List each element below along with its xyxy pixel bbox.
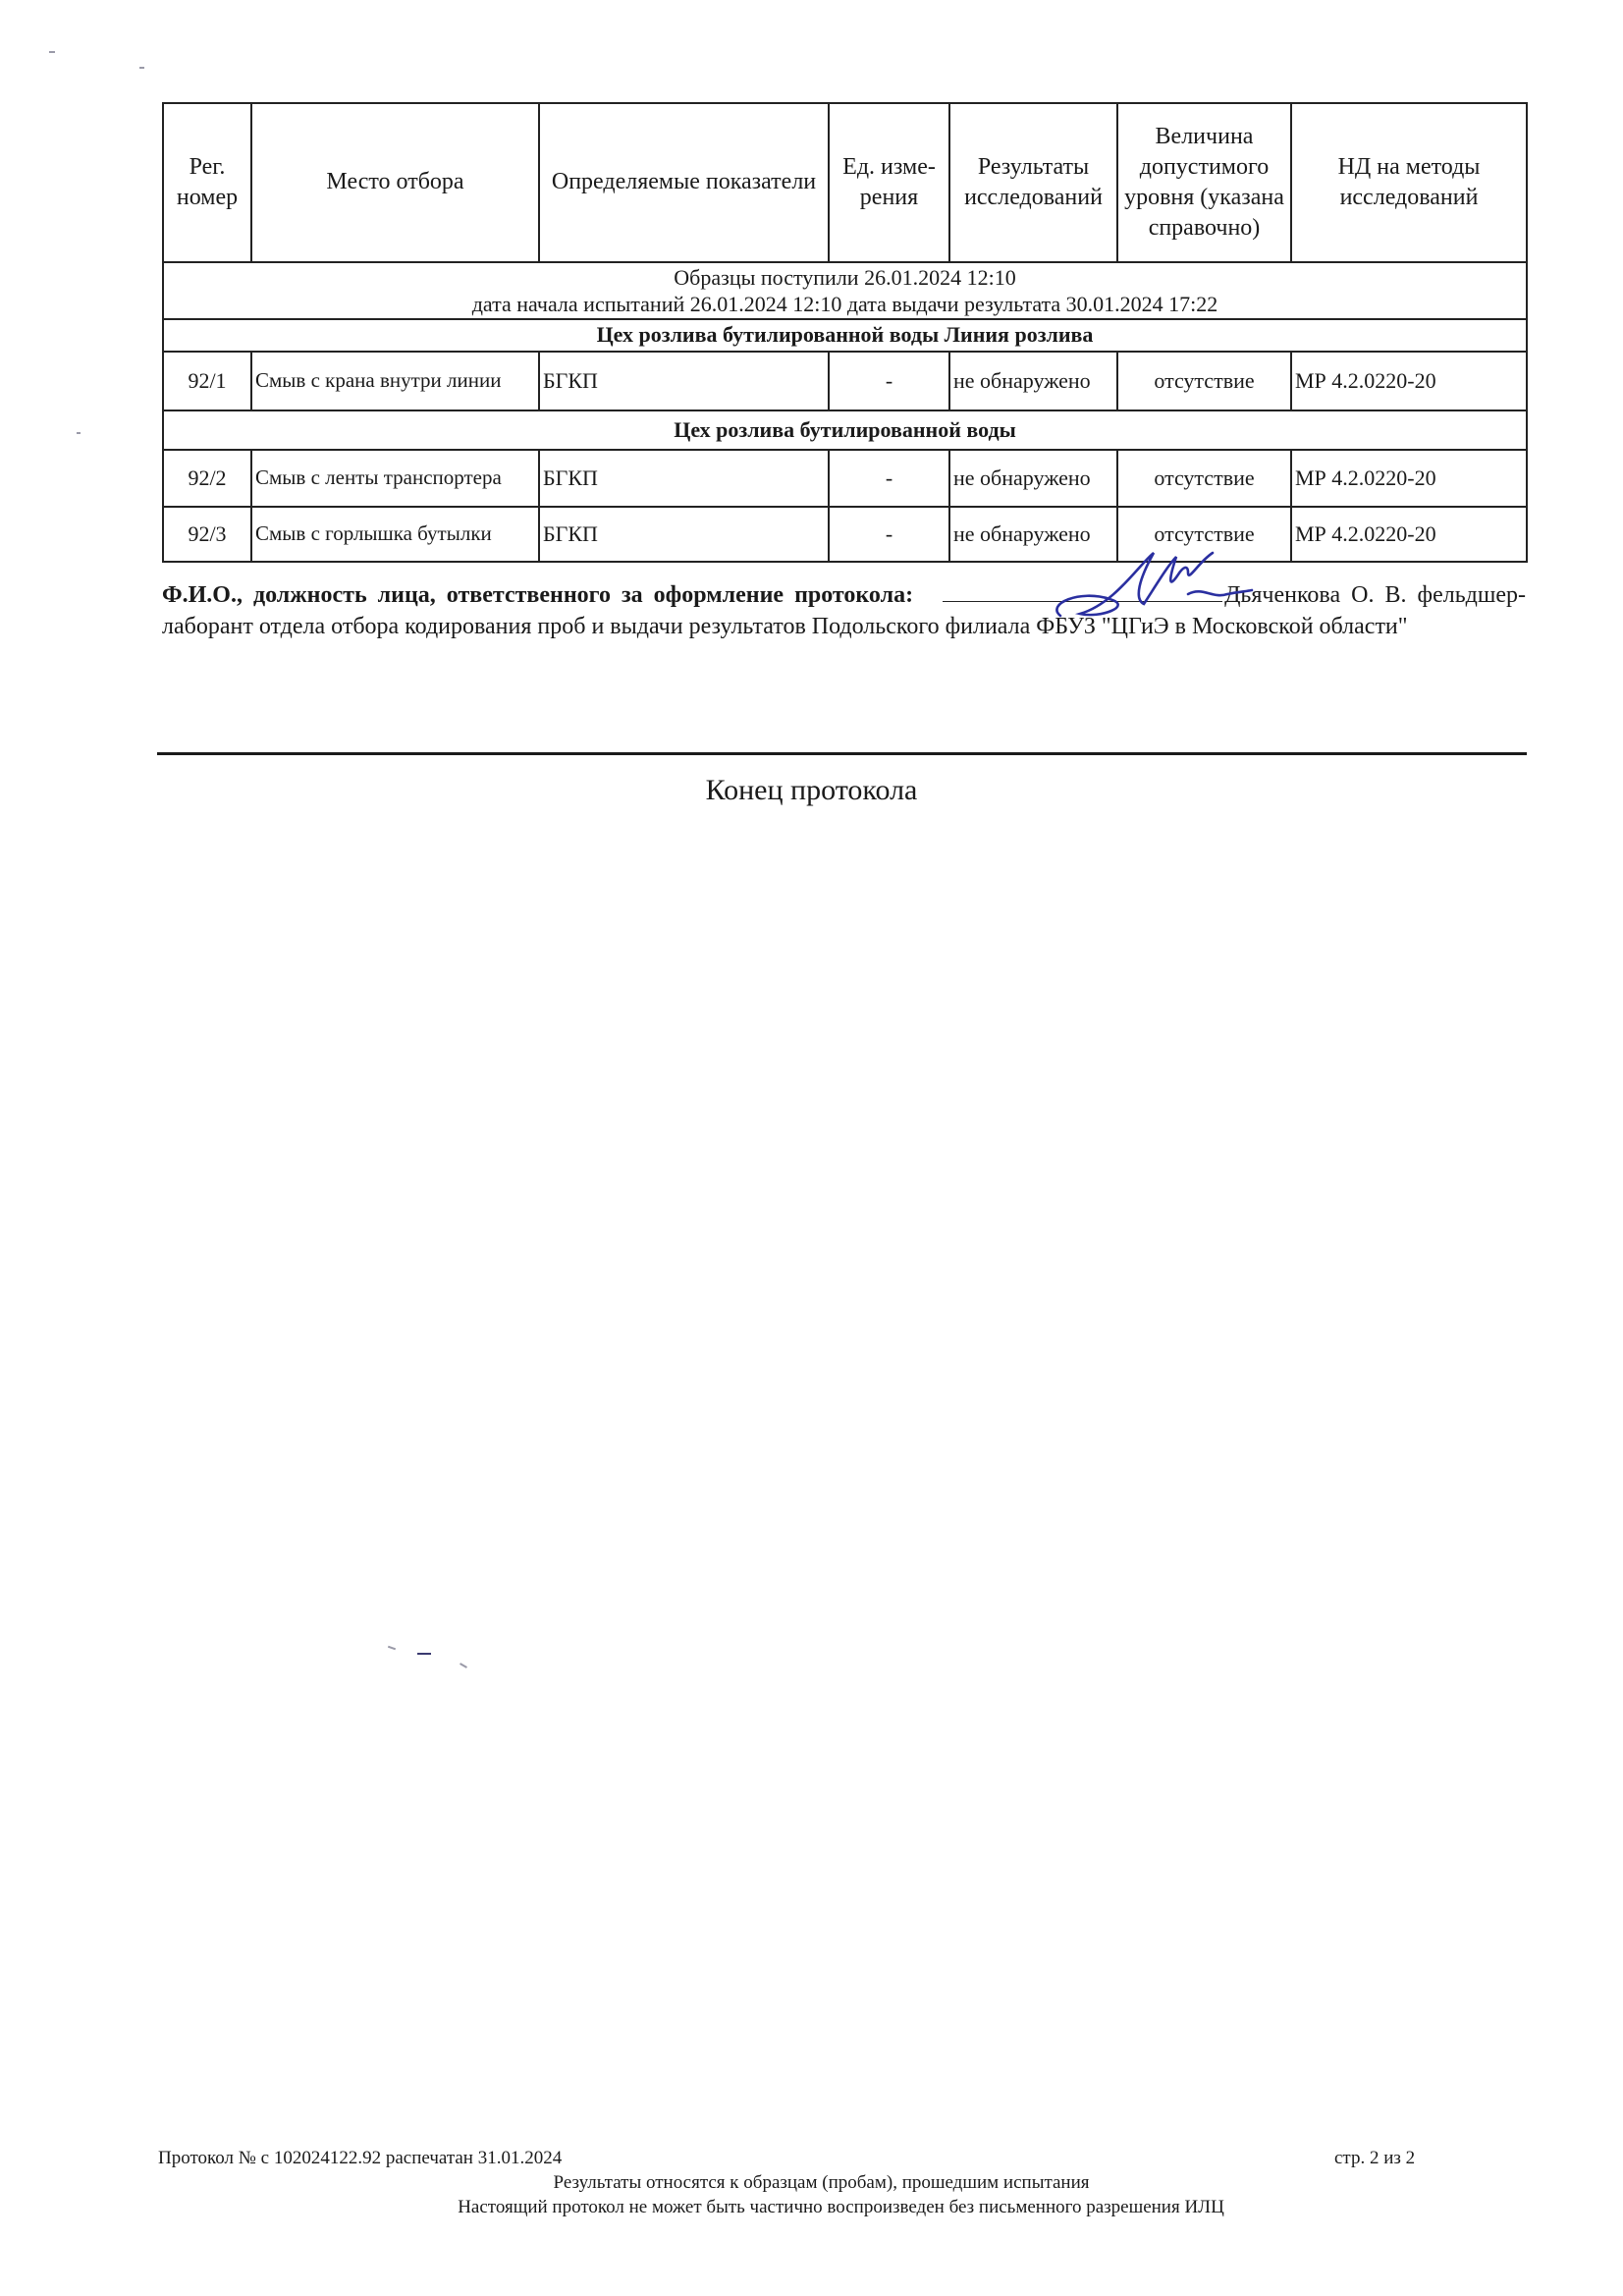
scan-speck (77, 432, 81, 434)
parameter: БГКП (539, 507, 829, 562)
method-doc: МР 4.2.0220-20 (1291, 450, 1527, 507)
responsible-person-block: Ф.И.О., должность лица, ответственного з… (162, 579, 1526, 643)
end-of-protocol: Конец протокола (0, 774, 1623, 807)
table-row: 92/3 Смыв с горлышка бутылки БГКП - не о… (163, 507, 1527, 562)
result: не обнаружено (949, 450, 1117, 507)
unit: - (829, 352, 949, 410)
parameter: БГКП (539, 450, 829, 507)
result: не обнаружено (949, 352, 1117, 410)
table-row: 92/2 Смыв с ленты транспортера БГКП - не… (163, 450, 1527, 507)
header-unit: Ед. изме-рения (829, 103, 949, 262)
sample-info-row: Образцы поступили 26.01.2024 12:10 дата … (163, 262, 1527, 319)
results-table: Рег. номер Место отбора Определяемые пок… (162, 102, 1528, 563)
method-doc: МР 4.2.0220-20 (1291, 352, 1527, 410)
reg-number: 92/1 (163, 352, 251, 410)
section-row: Цех розлива бутилированной воды Линия ро… (163, 319, 1527, 352)
samples-received: Образцы поступили 26.01.2024 12:10 (167, 264, 1523, 292)
header-parameters: Определяемые показатели (539, 103, 829, 262)
footer-page-number: стр. 2 из 2 (1334, 2148, 1415, 2169)
header-sampling-place: Место отбора (251, 103, 539, 262)
header-results: Результаты исследований (949, 103, 1117, 262)
header-method-doc: НД на методы исследований (1291, 103, 1527, 262)
responsible-label: Ф.И.О., должность лица, ответственного з… (162, 582, 913, 608)
parameter: БГКП (539, 352, 829, 410)
scan-speck (460, 1663, 467, 1668)
allowed-level: отсутствие (1117, 450, 1291, 507)
signature-icon (1041, 545, 1267, 624)
test-dates: дата начала испытаний 26.01.2024 12:10 д… (167, 291, 1523, 318)
reg-number: 92/2 (163, 450, 251, 507)
section-row: Цех розлива бутилированной воды (163, 410, 1527, 450)
sample-info-cell: Образцы поступили 26.01.2024 12:10 дата … (163, 262, 1527, 319)
method-doc: МР 4.2.0220-20 (1291, 507, 1527, 562)
scan-speck (139, 67, 144, 69)
section-title: Цех розлива бутилированной воды (163, 410, 1527, 450)
header-allowed-level: Величина допустимого уровня (указана спр… (1117, 103, 1291, 262)
section-title: Цех розлива бутилированной воды Линия ро… (163, 319, 1527, 352)
unit: - (829, 507, 949, 562)
scan-speck (388, 1646, 396, 1651)
table-header-row: Рег. номер Место отбора Определяемые пок… (163, 103, 1527, 262)
scan-speck (49, 51, 55, 53)
end-divider (157, 752, 1527, 755)
sampling-place: Смыв с ленты транспортера (251, 450, 539, 507)
footer-protocol-number: Протокол № с 102024122.92 распечатан 31.… (158, 2148, 562, 2169)
sampling-place: Смыв с горлышка бутылки (251, 507, 539, 562)
unit: - (829, 450, 949, 507)
footer-note-reproduction: Настоящий протокол не может быть частичн… (0, 2197, 1623, 2218)
reg-number: 92/3 (163, 507, 251, 562)
footer-note-results: Результаты относятся к образцам (пробам)… (0, 2172, 1623, 2194)
sampling-place: Смыв с крана внутри линии (251, 352, 539, 410)
scan-speck (417, 1653, 431, 1655)
allowed-level: отсутствие (1117, 352, 1291, 410)
header-reg-number: Рег. номер (163, 103, 251, 262)
table-row: 92/1 Смыв с крана внутри линии БГКП - не… (163, 352, 1527, 410)
